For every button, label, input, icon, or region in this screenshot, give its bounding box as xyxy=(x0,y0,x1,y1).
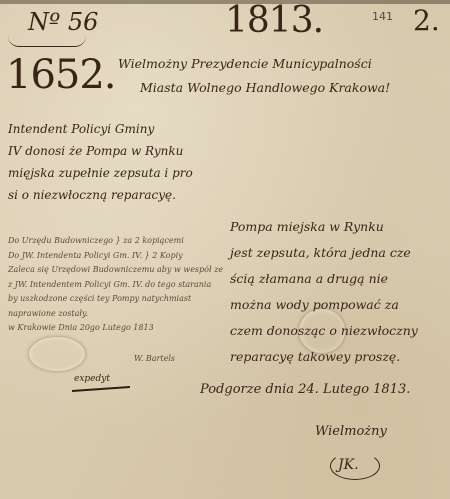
underline-stroke xyxy=(72,386,130,392)
body-line: można wody pompować za xyxy=(230,292,445,318)
address-line-2: Miasta Wolnego Handlowego Krakowa! xyxy=(140,80,390,95)
summary-line: Intendent Policyi Gminy xyxy=(8,118,223,140)
address-line-1: Wielmożny Prezydencie Municypalności xyxy=(118,56,372,71)
marginal-line: Do Urzędu Budowniczego } za 2 kopiącemi xyxy=(8,234,223,249)
place-date-line: Podgorze dnia 24. Lutego 1813. xyxy=(200,382,410,397)
marginal-line: Zaleca się Urzędowi Budowniczemu aby w w… xyxy=(8,263,223,278)
body-line: ścią złamana a drugą nie xyxy=(230,266,445,292)
letter-body: Pompa miejska w Rynku jest zepsuta, któr… xyxy=(230,214,445,370)
marginal-line: w Krakowie Dnia 20go Lutego 1813 xyxy=(8,321,223,336)
body-line: jest zepsuta, która jedna cze xyxy=(230,240,445,266)
wax-seal-impression xyxy=(28,336,86,372)
summary-line: IV donosi że Pompa w Rynku xyxy=(8,140,223,162)
summary-block: Intendent Policyi Gminy IV donosi że Pom… xyxy=(8,118,223,206)
marginal-line: z JW. Intendentem Policyi Gm. IV. do teg… xyxy=(8,278,223,293)
document-number: Nº 56 xyxy=(28,8,98,36)
pencil-folio-number: 141 xyxy=(372,10,393,23)
signature-initials: JK. xyxy=(338,457,359,473)
page-number: 2. xyxy=(413,4,440,37)
expedited-mark: expedyt xyxy=(74,374,110,384)
signature-title: Wielmożny xyxy=(315,424,387,439)
number-flourish xyxy=(8,36,86,47)
body-line: reparacyę takowey proszę. xyxy=(230,344,445,370)
document-page: Nº 56 1652. 1813. 141 2. Wielmożny Prezy… xyxy=(0,0,450,499)
body-line: Pompa miejska w Rynku xyxy=(230,214,445,240)
marginal-line: naprawione zostały. xyxy=(8,307,223,322)
registry-number: 1652. xyxy=(6,52,116,98)
body-line: czem donosząc o niezwłoczny xyxy=(230,318,445,344)
marginal-line: Do JW. Intendenta Policyi Gm. IV. } 2 Ko… xyxy=(8,249,223,264)
marginal-signature: W. Bartels xyxy=(134,354,175,363)
marginal-note: Do Urzędu Budowniczego } za 2 kopiącemi … xyxy=(8,234,223,336)
marginal-line: by uszkodzone części tey Pompy natychmia… xyxy=(8,292,223,307)
summary-line: si o niezwłoczną reparacyę. xyxy=(8,184,223,206)
year: 1813. xyxy=(225,0,323,41)
summary-line: mięjska zupełnie zepsuta i pro xyxy=(8,162,223,184)
